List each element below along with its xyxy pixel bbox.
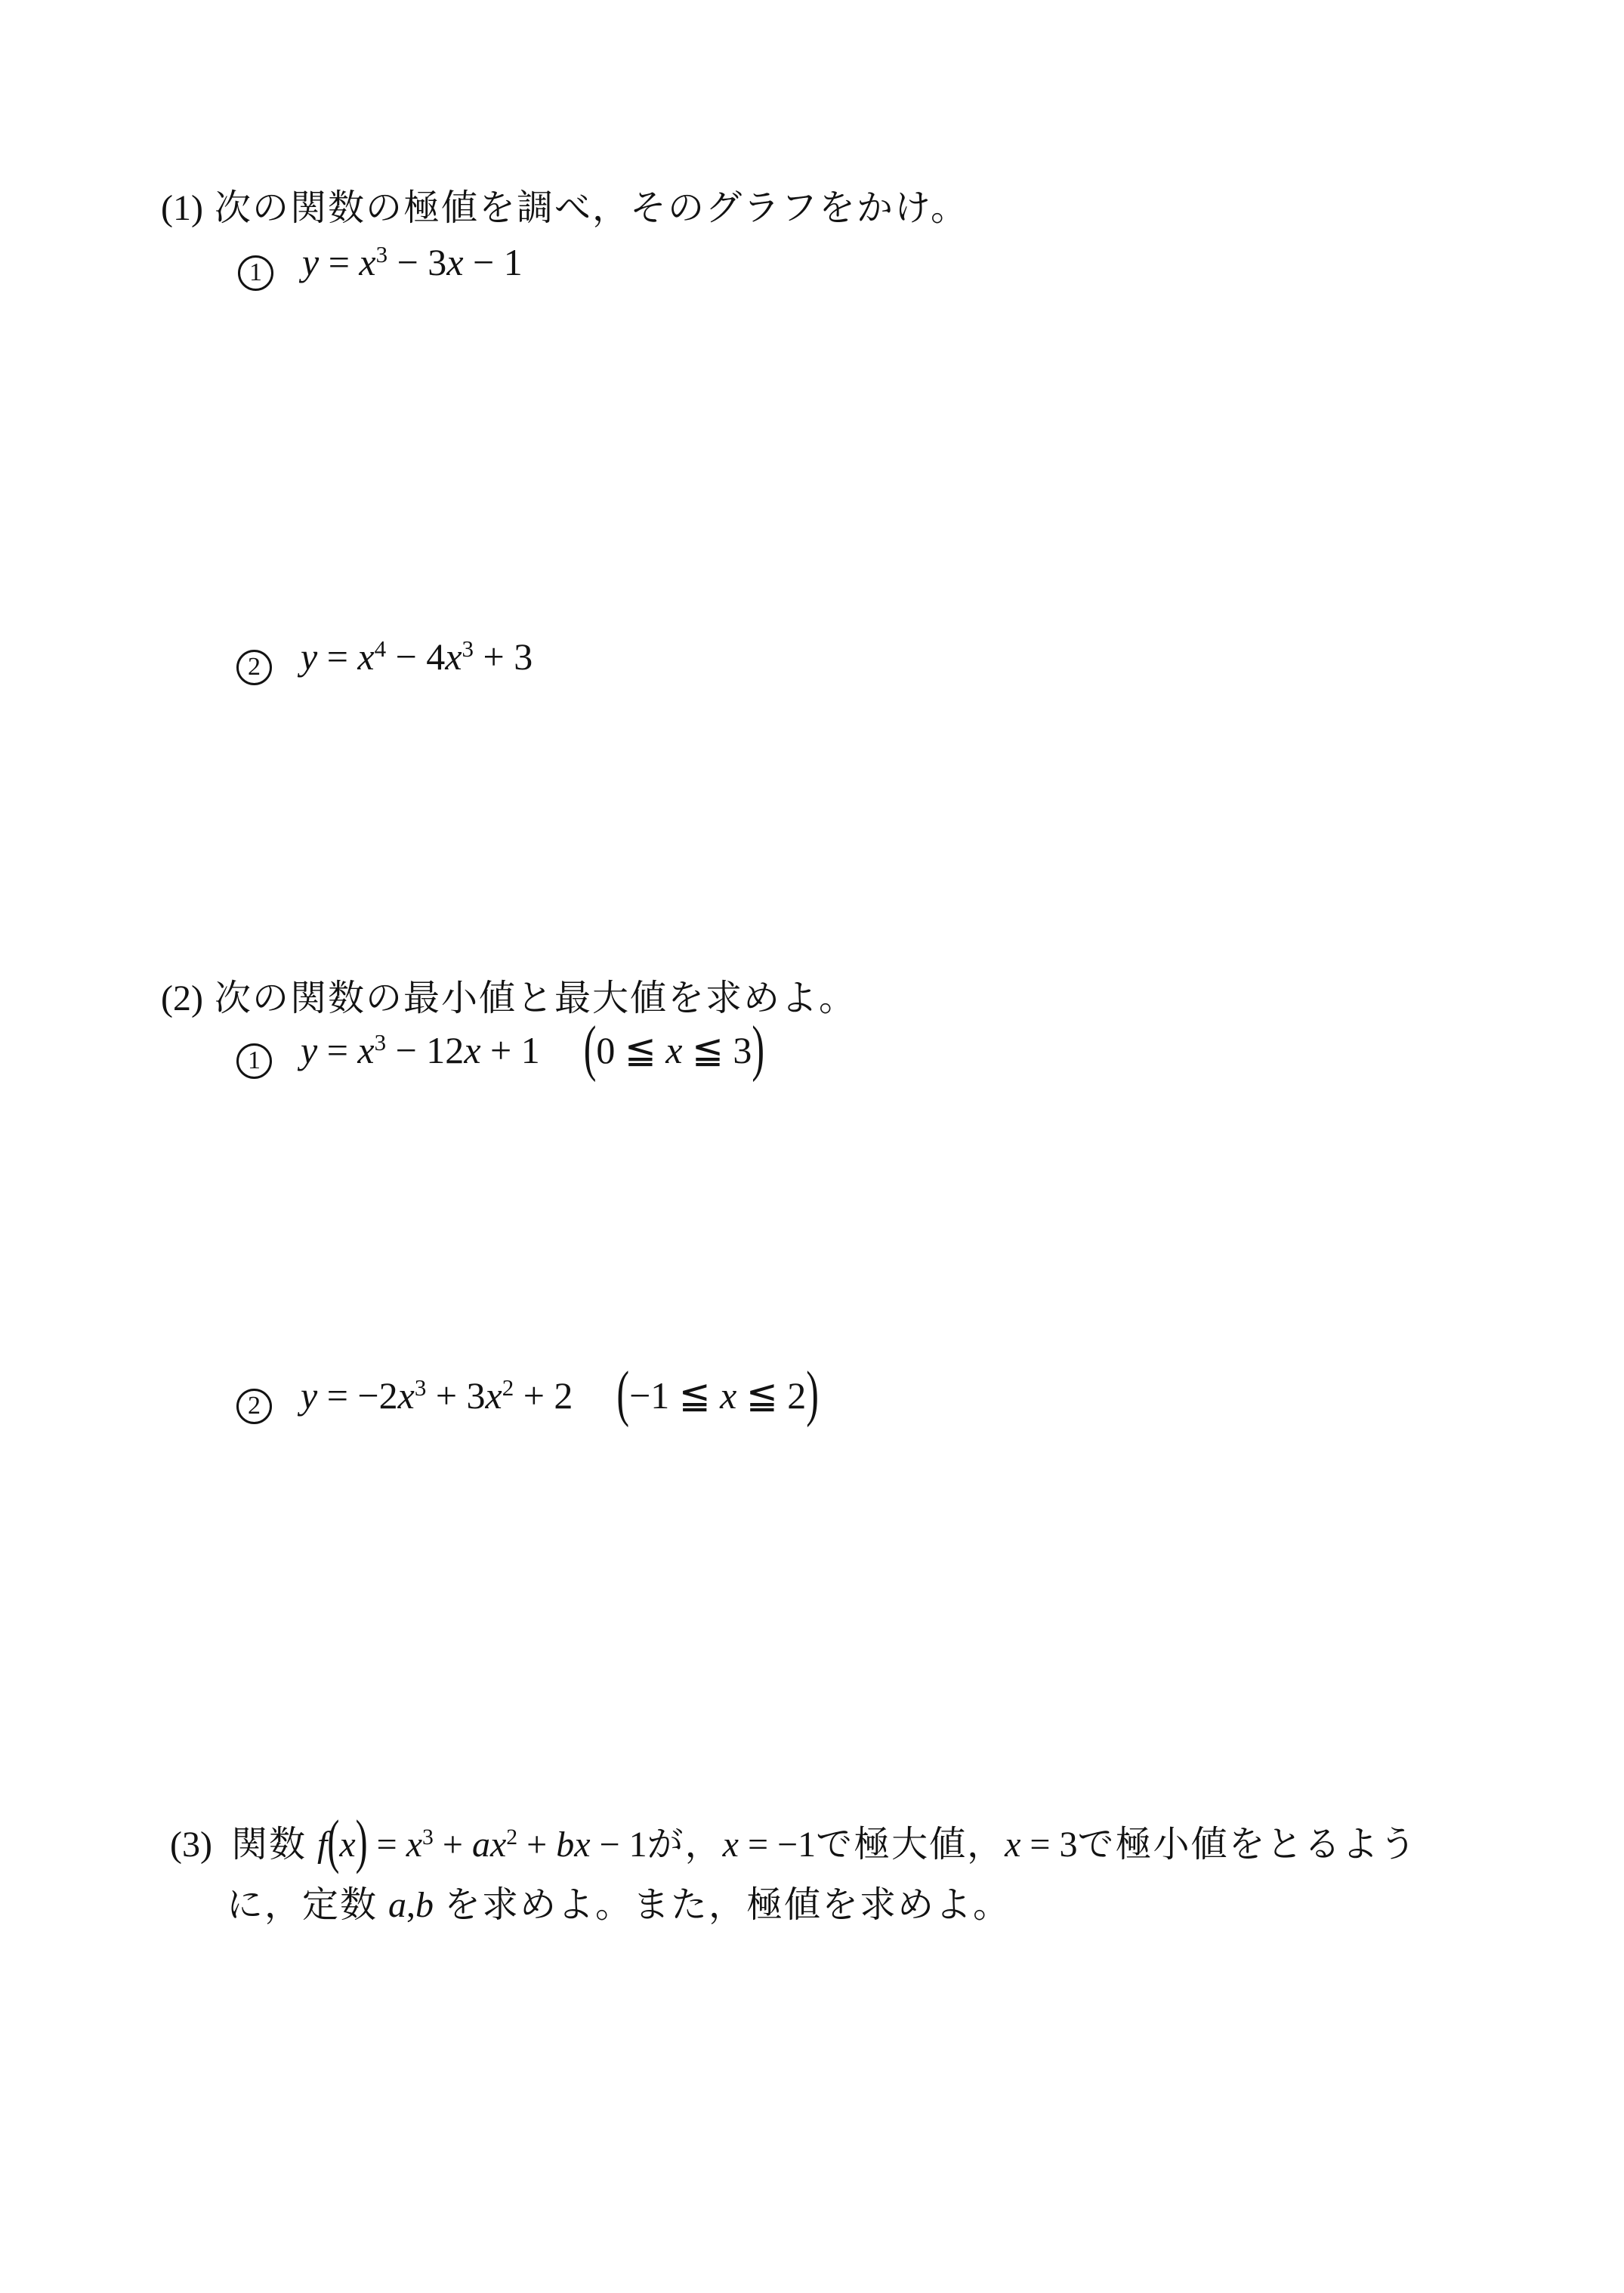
marker-digit: 1 bbox=[249, 257, 262, 289]
formula-segment: + bbox=[517, 1825, 556, 1865]
formula-segment: y bbox=[301, 635, 317, 678]
formula-segment: x bbox=[446, 241, 463, 283]
formula-segment: に，定数 bbox=[227, 1885, 388, 1925]
formula-segment: = bbox=[317, 1029, 357, 1071]
formula-segment: x bbox=[490, 1825, 506, 1865]
formula-segment: a bbox=[472, 1825, 490, 1865]
formula-segment: x bbox=[445, 635, 462, 678]
formula-segment: x bbox=[1005, 1825, 1020, 1865]
formula-segment: x bbox=[339, 1825, 355, 1865]
formula-segment: 0 ≦ bbox=[596, 1029, 665, 1071]
superscript-exponent: 3 bbox=[462, 635, 474, 662]
problem-1-label: (1) bbox=[161, 188, 203, 228]
formula-segment: x bbox=[486, 1374, 502, 1417]
problem-1-item-1-row: 1y = x3 − 3x − 1 bbox=[238, 239, 523, 291]
marker-digit: 2 bbox=[248, 651, 261, 684]
circled-number-2: 2 bbox=[236, 650, 272, 685]
problem-3-text-line-1: 関数 f(x) = x3 + ax2 + bx − 1が，x = −1で極大値，… bbox=[231, 1825, 1418, 1865]
formula-segment: + 2 bbox=[514, 1374, 573, 1417]
marker-digit: 1 bbox=[248, 1045, 261, 1077]
formula-segment: + bbox=[434, 1825, 472, 1865]
formula-segment: y bbox=[302, 241, 319, 283]
tall-paren: ) bbox=[752, 1009, 764, 1086]
problem-1-item-2-row: 2y = x4 − 4x3 + 3 bbox=[236, 633, 533, 685]
tall-paren: ) bbox=[806, 1354, 819, 1432]
tall-paren: ( bbox=[616, 1354, 629, 1432]
tall-paren: ( bbox=[584, 1009, 597, 1086]
problem-1-prompt-line: (1)次の関数の極値を調べ，そのグラフをかけ。 bbox=[161, 186, 968, 231]
formula-segment: y bbox=[301, 1374, 317, 1417]
marker-digit: 2 bbox=[248, 1390, 261, 1423]
formula-segment: が， bbox=[647, 1825, 723, 1865]
formula-segment: x bbox=[464, 1029, 480, 1071]
formula-segment: で極大値， bbox=[816, 1825, 1005, 1865]
formula-y-x4-4x3-3: y = x4 − 4x3 + 3 bbox=[301, 635, 533, 678]
problem-2-label: (2) bbox=[161, 978, 203, 1018]
formula-segment: = −2 bbox=[317, 1374, 397, 1417]
worksheet-page: (1)次の関数の極値を調べ，そのグラフをかけ。 1y = x3 − 3x − 1… bbox=[0, 0, 1624, 2293]
formula-segment: f bbox=[317, 1825, 327, 1865]
formula-segment: = bbox=[317, 635, 357, 678]
problem-3-label: (3) bbox=[170, 1825, 212, 1865]
formula-segment: y bbox=[301, 1029, 317, 1071]
formula-segment: x bbox=[574, 1825, 590, 1865]
formula-segment: = bbox=[368, 1825, 406, 1865]
formula-segment: a bbox=[388, 1885, 406, 1925]
problem-3-line-1: (3)関数 f(x) = x3 + ax2 + bx − 1が，x = −1で極… bbox=[170, 1822, 1418, 1868]
formula-segment: ≦ 2 bbox=[736, 1374, 806, 1417]
problem-2-item-1-row: 1y = x3 − 12x + 1(0 ≦ x ≦ 3) bbox=[236, 1027, 764, 1079]
problem-3-text-line-2: に，定数 a,b を求めよ。また，極値を求めよ。 bbox=[227, 1885, 1011, 1925]
formula-segment: − 1 bbox=[464, 241, 523, 283]
formula-segment: − 4 bbox=[386, 635, 445, 678]
problem-2-item-2-row: 2y = −2x3 + 3x2 + 2(−1 ≦ x ≦ 2) bbox=[236, 1372, 819, 1424]
formula-y-x3-3x-1: y = x3 − 3x − 1 bbox=[302, 241, 523, 283]
formula-segment: x bbox=[357, 1029, 374, 1071]
formula-segment: + 3 bbox=[426, 1374, 485, 1417]
formula-segment: −1 ≦ bbox=[629, 1374, 720, 1417]
formula-segment: で極小値をとるよう bbox=[1077, 1825, 1417, 1865]
formula-segment: − 1 bbox=[591, 1825, 647, 1865]
formula-segment: , bbox=[406, 1885, 415, 1925]
formula-segment: − 12 bbox=[386, 1029, 464, 1071]
formula-segment: − 3 bbox=[387, 241, 446, 283]
formula-segment: + 1 bbox=[481, 1029, 540, 1071]
tall-paren: ) bbox=[356, 1805, 368, 1880]
tall-paren: ( bbox=[327, 1805, 339, 1880]
formula-segment: = bbox=[319, 241, 359, 283]
formula-segment: ≦ 3 bbox=[682, 1029, 752, 1071]
formula-segment: 関数 bbox=[231, 1825, 317, 1865]
formula-segment: = 3 bbox=[1020, 1825, 1077, 1865]
circled-number-1: 1 bbox=[236, 1043, 272, 1079]
formula-segment: x bbox=[720, 1374, 736, 1417]
problem-3-line-2: に，定数 a,b を求めよ。また，極値を求めよ。 bbox=[227, 1883, 1011, 1928]
domain-constraint-neg1-x-2: (−1 ≦ x ≦ 2) bbox=[616, 1374, 819, 1417]
superscript-exponent: 3 bbox=[422, 1825, 434, 1850]
formula-segment: を求めよ。また，極値を求めよ。 bbox=[434, 1885, 1011, 1925]
circled-number-1: 1 bbox=[238, 255, 273, 291]
superscript-exponent: 3 bbox=[376, 241, 388, 267]
formula-segment: + 3 bbox=[474, 635, 533, 678]
formula-segment: x bbox=[665, 1029, 682, 1071]
superscript-exponent: 2 bbox=[502, 1374, 514, 1401]
superscript-exponent: 2 bbox=[506, 1825, 517, 1850]
circled-number-2: 2 bbox=[236, 1389, 272, 1424]
formula-segment: b bbox=[415, 1885, 434, 1925]
formula-segment: x bbox=[406, 1825, 422, 1865]
superscript-exponent: 4 bbox=[375, 635, 387, 662]
formula-y-x3-12x-1: y = x3 − 12x + 1 bbox=[301, 1029, 540, 1071]
formula-segment: x bbox=[357, 635, 374, 678]
formula-segment: = −1 bbox=[739, 1825, 816, 1865]
domain-constraint-0-x-3: (0 ≦ x ≦ 3) bbox=[584, 1029, 764, 1071]
problem-1-prompt: 次の関数の極値を調べ，そのグラフをかけ。 bbox=[215, 188, 968, 228]
formula-segment: x bbox=[723, 1825, 739, 1865]
formula-y-neg2x3-3x2-2: y = −2x3 + 3x2 + 2 bbox=[301, 1374, 573, 1417]
superscript-exponent: 3 bbox=[375, 1029, 387, 1055]
formula-segment: x bbox=[359, 241, 375, 283]
superscript-exponent: 3 bbox=[415, 1374, 427, 1401]
formula-segment: x bbox=[398, 1374, 415, 1417]
formula-segment: b bbox=[556, 1825, 574, 1865]
